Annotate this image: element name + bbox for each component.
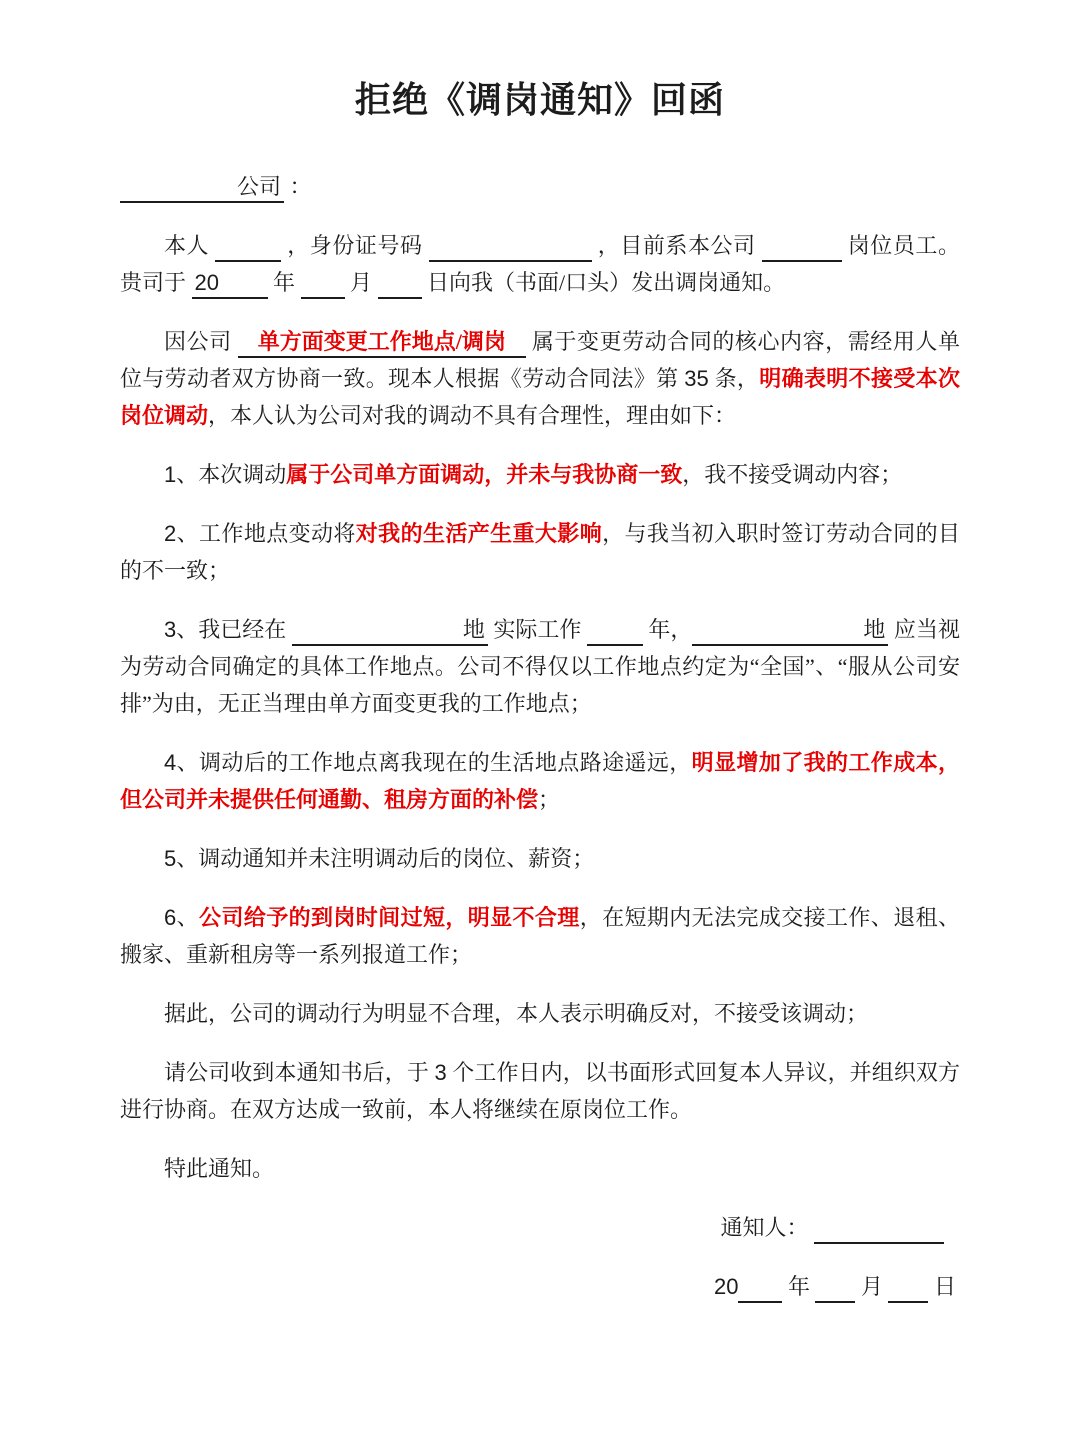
- closing-paragraph: 特此通知。: [120, 1150, 960, 1187]
- text-run: 条，: [709, 366, 760, 391]
- text-run: ，我不接受调动内容；: [682, 462, 902, 487]
- text-run: 据此，公司的调动行为明显不合理，本人表示明确反对，不接受该调动；: [164, 1001, 868, 1026]
- text-run: 、: [176, 905, 199, 930]
- text-run: 、我已经在: [176, 617, 292, 642]
- item-2: 2、工作地点变动将对我的生活产生重大影响，与我当初入职时签订劳动合同的目的不一致…: [120, 515, 960, 589]
- text-run: 月: [855, 1274, 888, 1299]
- sign-year-blank: [738, 1273, 782, 1303]
- text-run: 、工作地点变动将: [176, 521, 356, 546]
- text-run: ，身份证号码: [281, 233, 428, 258]
- text-run: 3: [164, 617, 176, 642]
- text-run: 对我的生活产生重大影响: [356, 521, 602, 546]
- signer-line: 通知人：: [120, 1209, 960, 1246]
- id-number-blank: [429, 232, 592, 262]
- text-run: 年，: [643, 617, 693, 642]
- text-run: 2: [164, 521, 176, 546]
- salutation-line: 公司 ：: [120, 168, 960, 205]
- text-run: ，目前系本公司: [592, 233, 762, 258]
- text-run: 5: [164, 846, 176, 871]
- transfer-type-blank: 单方面变更工作地点/调岗: [238, 328, 526, 358]
- text-run: 月: [345, 270, 378, 295]
- notice-year-blank: 20: [192, 269, 268, 299]
- work-place-blank-1: 地: [292, 616, 488, 646]
- sign-month-blank: [815, 1273, 855, 1303]
- text-run: 属于公司单方面调动，并未与我协商一致: [286, 462, 682, 487]
- text-run: 因公司: [164, 329, 238, 354]
- text-run: 6: [164, 905, 176, 930]
- text-run: 1: [164, 462, 176, 487]
- text-run: 、调动后的工作地点离我现在的生活地点路途遥远，: [176, 750, 691, 775]
- item-4: 4、调动后的工作地点离我现在的生活地点路途遥远，明显增加了我的工作成本，但公司并…: [120, 744, 960, 818]
- text-run: ，本人认为公司对我的调动不具有合理性，理由如下：: [208, 403, 736, 428]
- text-run: 特此通知。: [164, 1156, 274, 1181]
- text-run: 、本次调动: [176, 462, 286, 487]
- text-run: 本人: [164, 233, 215, 258]
- intro-paragraph: 本人 ，身份证号码 ，目前系本公司 岗位员工。贵司于 20 年 月 日向我（书面…: [120, 227, 960, 301]
- document-title: 拒绝《调岗通知》回函: [120, 76, 960, 124]
- text-run: ；: [538, 787, 560, 812]
- work-place-blank-2: 地: [692, 616, 888, 646]
- position-blank: [762, 232, 842, 262]
- employee-name-blank: [215, 232, 281, 262]
- text-run: 实际工作: [488, 617, 587, 642]
- text-run: 日向我（书面/口头）发出调岗通知。: [422, 270, 786, 295]
- reason-paragraph: 因公司 单方面变更工作地点/调岗 属于变更劳动合同的核心内容，需经用人单位与劳动…: [120, 323, 960, 434]
- sign-day-blank: [888, 1273, 928, 1303]
- company-name-blank: 公司: [120, 173, 284, 203]
- text-run: 公司给予的到岗时间过短，明显不合理: [199, 905, 580, 930]
- text-run: 3: [434, 1060, 446, 1085]
- notice-month-blank: [301, 269, 345, 299]
- document-page: 拒绝《调岗通知》回函 公司 ：本人 ，身份证号码 ，目前系本公司 岗位员工。贵司…: [0, 0, 1080, 1440]
- request-paragraph: 请公司收到本通知书后，于 3 个工作日内，以书面形式回复本人异议，并组织双方进行…: [120, 1054, 960, 1128]
- text-run: 请公司收到本通知书后，于: [164, 1060, 434, 1085]
- item-6: 6、公司给予的到岗时间过短，明显不合理，在短期内无法完成交接工作、退租、搬家、重…: [120, 899, 960, 973]
- text-run: 年: [268, 270, 301, 295]
- text-run: 年: [782, 1274, 815, 1299]
- sign-date-line: 20 年 月 日: [120, 1268, 960, 1305]
- item-1: 1、本次调动属于公司单方面调动，并未与我协商一致，我不接受调动内容；: [120, 456, 960, 493]
- salutation-colon: ：: [284, 174, 312, 199]
- text-run: 35: [684, 366, 708, 391]
- text-run: 通知人：: [720, 1215, 814, 1240]
- item-5: 5、调动通知并未注明调动后的岗位、薪资；: [120, 840, 960, 877]
- item-3: 3、我已经在 地 实际工作 年，地 应当视为劳动合同确定的具体工作地点。公司不得…: [120, 611, 960, 722]
- text-run: 4: [164, 750, 176, 775]
- text-run: 20: [714, 1274, 738, 1299]
- text-run: 、调动通知并未注明调动后的岗位、薪资；: [176, 846, 594, 871]
- notice-day-blank: [378, 269, 422, 299]
- text-run: 日: [928, 1274, 956, 1299]
- conclusion-paragraph: 据此，公司的调动行为明显不合理，本人表示明确反对，不接受该调动；: [120, 995, 960, 1032]
- document-body: 公司 ：本人 ，身份证号码 ，目前系本公司 岗位员工。贵司于 20 年 月 日向…: [120, 168, 960, 1305]
- work-years-blank: [587, 616, 643, 646]
- signer-name-blank: [814, 1214, 944, 1244]
